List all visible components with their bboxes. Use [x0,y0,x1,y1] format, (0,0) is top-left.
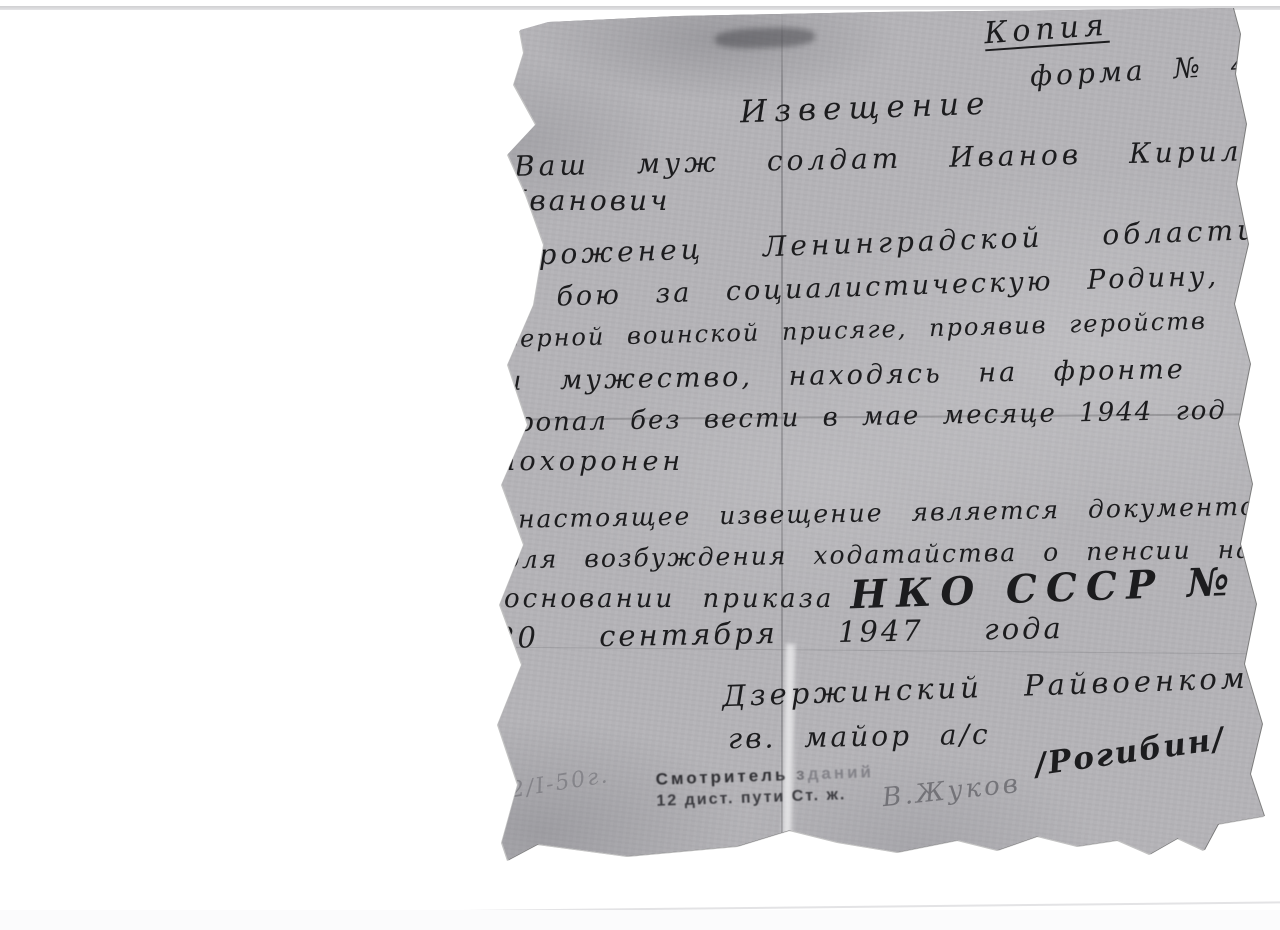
handwritten-line-oath: верной воинской присяге, проявив геройст… [504,307,1208,353]
signature-secondary: В.Жуков [881,769,1022,813]
handwritten-line-battle: в бою за социалистическую Родину, [504,261,1220,314]
torn-paper-sheet: Копия форма № 4 Извещение Ваш муж солдат… [478,4,1270,866]
handwritten-line-courage: и мужество, находясь на фронте [504,354,1186,397]
handwritten-line-patronymic: Иванович [502,184,670,217]
handwritten-line-pension-1: настоящее извещение является документом [518,491,1280,533]
form-number-label: форма № 4 [1029,48,1253,93]
handwritten-line-buried: похоронен [498,446,684,477]
document-title: Извещение [739,86,992,131]
handwritten-line-pension-3: основании приказа [504,584,834,614]
copy-label: Копия [983,8,1110,52]
rank-line: гв. майор а/с [728,718,991,756]
issuer-line: Дзержинский Райвоенком [722,661,1250,713]
pencil-date-note: 12/I-50г. [493,763,611,806]
office-stamp: Смотритель зданий 12 дист. пути Ст. ж. [655,762,875,811]
date-line: 20 сентября 1947 года [496,611,1064,655]
scanner-bed-bottom [0,910,1280,930]
faded-stamp-smudge [715,26,816,49]
signature-main: /Рогибин/ [1032,721,1227,783]
stamp-line-2: 12 дист. пути Ст. ж. [656,785,875,811]
handwritten-line-missing: пропал без вести в мае месяце 1944 год [498,396,1227,439]
handwritten-line-name: Ваш муж солдат Иванов Кирилл [514,134,1265,183]
document-scan: Копия форма № 4 Извещение Ваш муж солдат… [478,4,1270,866]
